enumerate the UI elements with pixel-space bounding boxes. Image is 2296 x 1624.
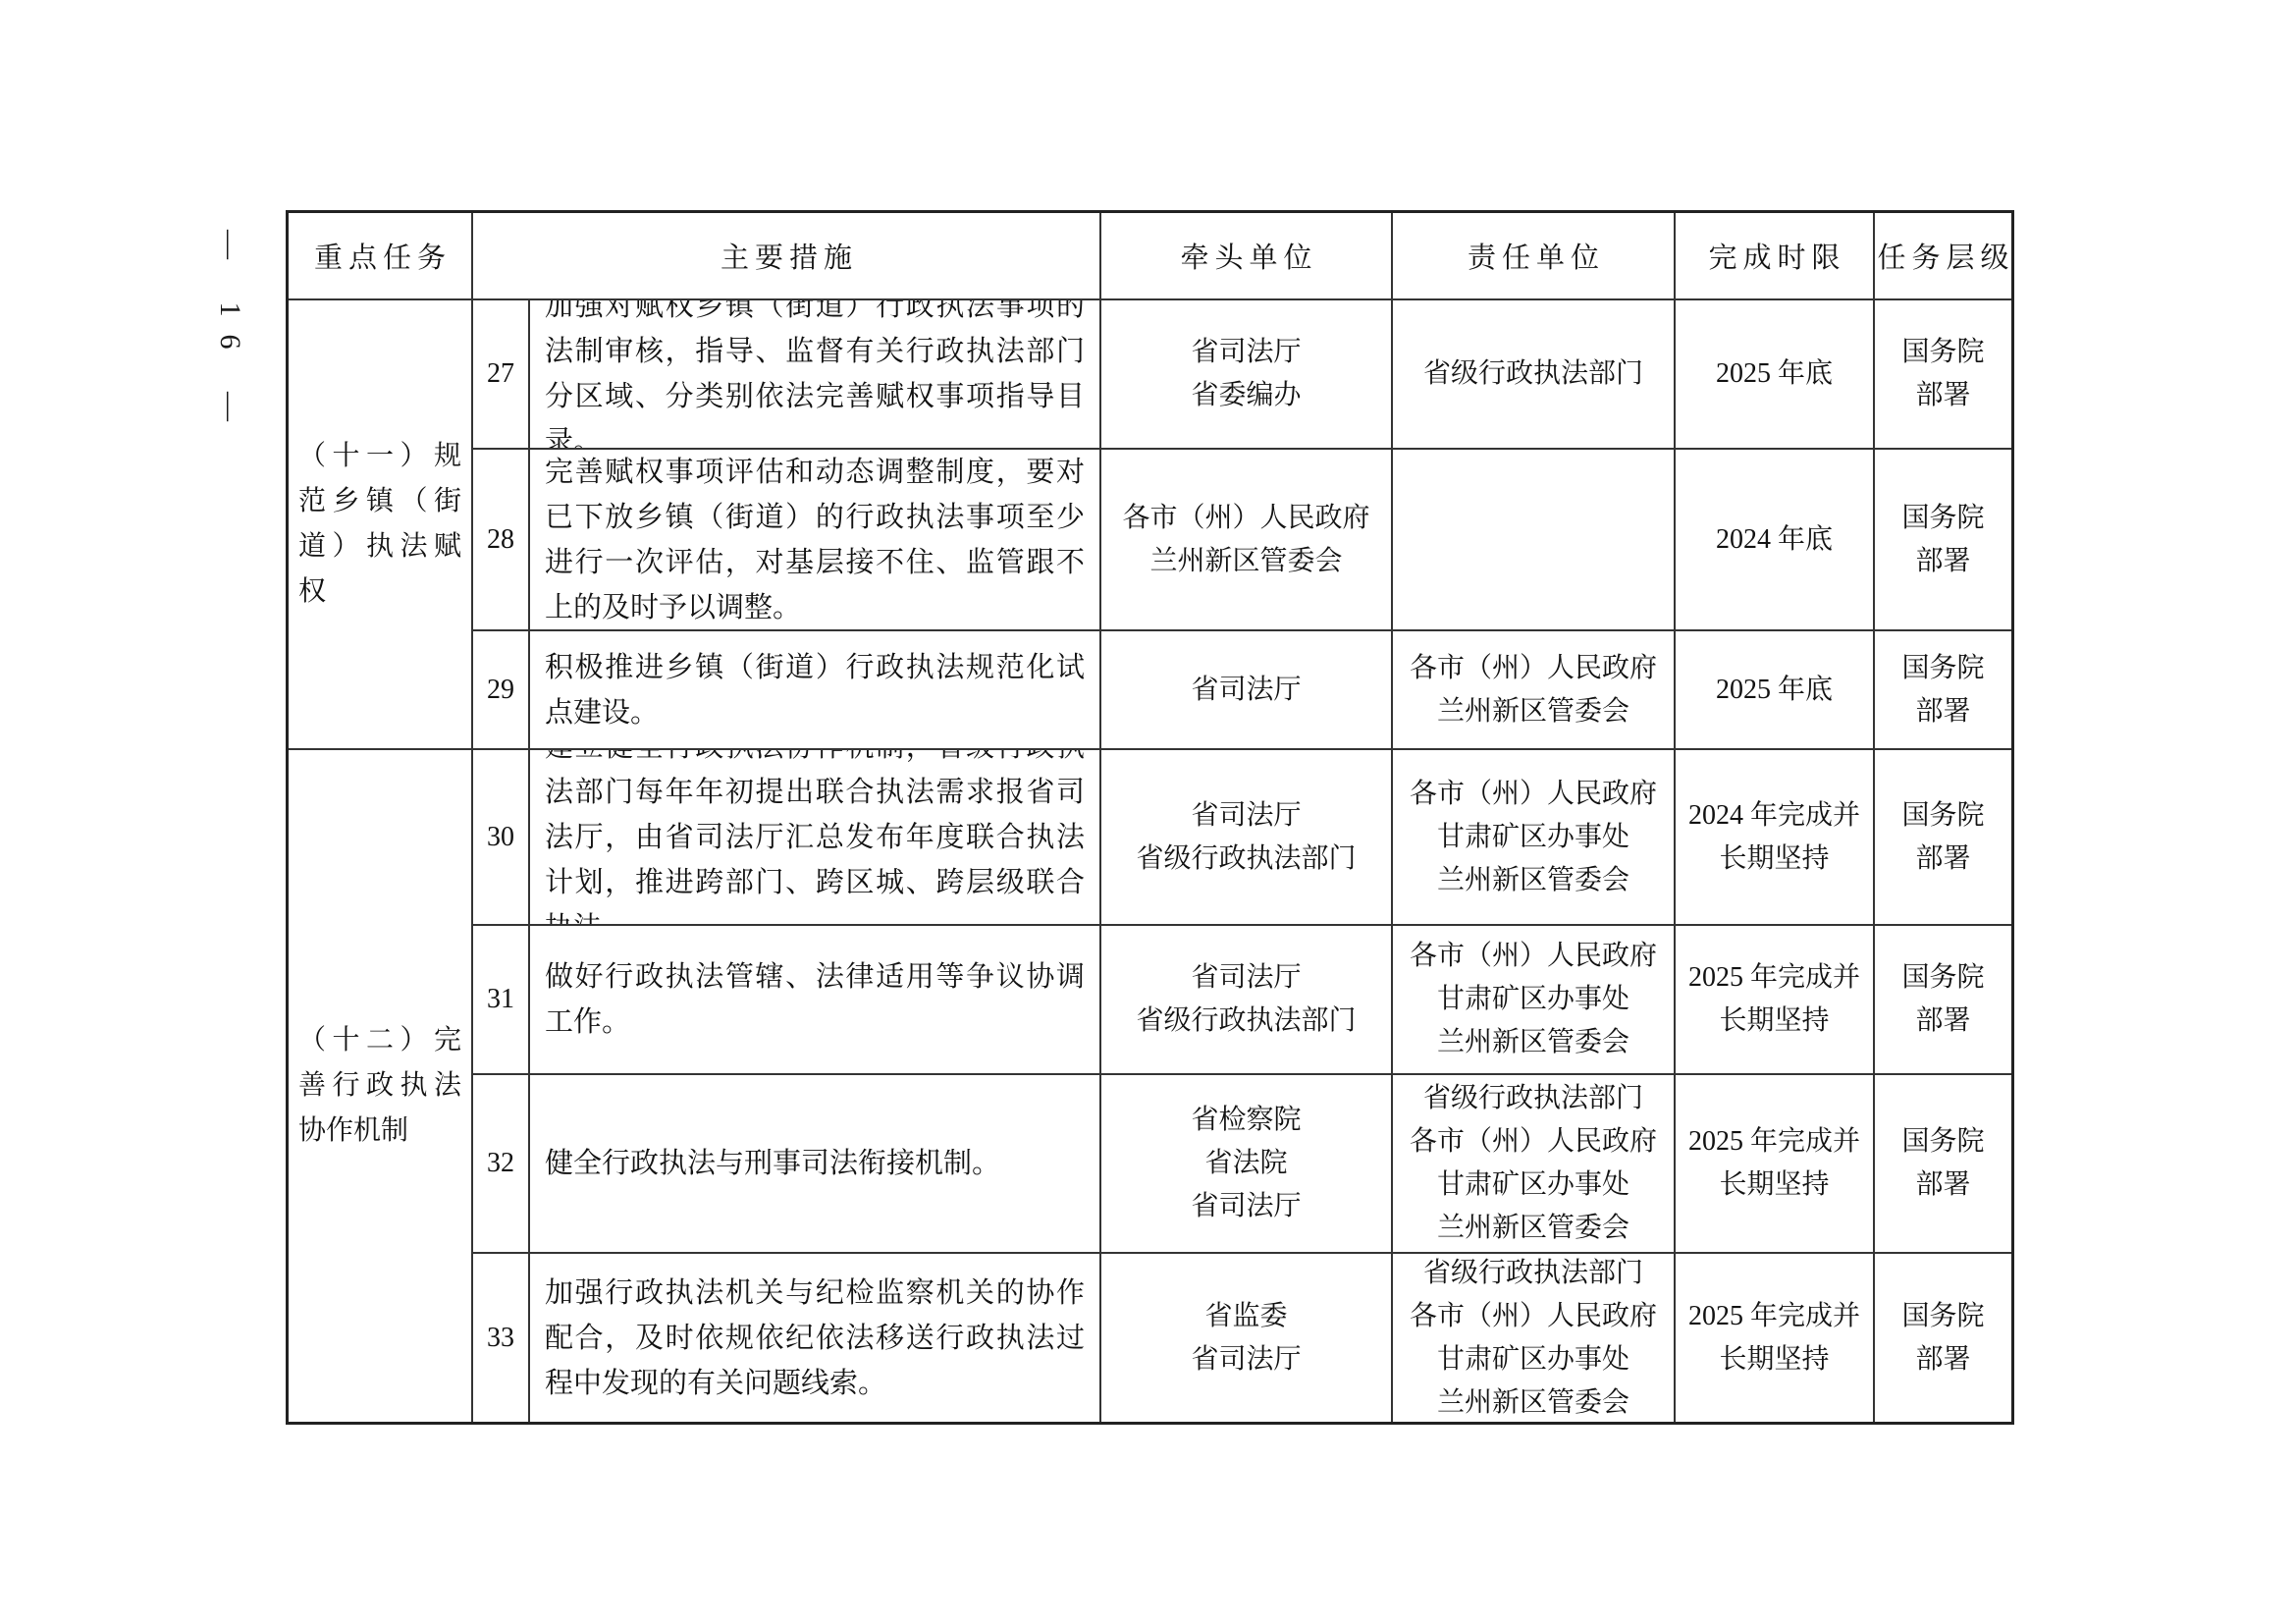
measure-text: 完善赋权事项评估和动态调整制度，要对已下放乡镇（街道）的行政执法事项至少进行一次… xyxy=(530,450,1099,630)
responsible-unit: 甘肃矿区办事处 xyxy=(1437,816,1629,859)
deadline-text: 2025 年完成并长期坚持 xyxy=(1676,1120,1873,1207)
seq-cell: 28 xyxy=(473,450,530,631)
level-cell: 国务院部署 xyxy=(1875,450,2011,631)
lead-unit-cell: 省司法厅 省级行政执法部门 xyxy=(1101,750,1393,926)
responsible-unit: 省级行政执法部门 xyxy=(1423,352,1643,396)
deadline-text: 2025 年完成并长期坚持 xyxy=(1676,956,1873,1043)
header-level: 任务层级 xyxy=(1875,213,2011,300)
responsible-unit: 各市（州）人民政府 xyxy=(1410,773,1657,816)
seq-cell: 30 xyxy=(473,750,530,926)
task-table: 重点任务 主要措施 牵头单位 责任单位 完成时限 任务层级 （十一）规范乡镇（街… xyxy=(286,210,2014,1425)
lead-unit: 省委编办 xyxy=(1191,374,1301,417)
measure-text: 健全行政执法与刑事司法衔接机制。 xyxy=(530,1141,1099,1186)
deadline-text: 2025 年底 xyxy=(1676,669,1873,712)
measure-cell: 完善赋权事项评估和动态调整制度，要对已下放乡镇（街道）的行政执法事项至少进行一次… xyxy=(530,450,1101,631)
measure-cell: 加强行政执法机关与纪检监察机关的协作配合，及时依规依纪依法移送行政执法过程中发现… xyxy=(530,1254,1101,1422)
level-text: 国务院部署 xyxy=(1875,331,2011,417)
level-cell: 国务院部署 xyxy=(1875,926,2011,1075)
lead-unit-cell: 省监委 省司法厅 xyxy=(1101,1254,1393,1422)
document-page: — 16 — 重点任务 主要措施 牵头单位 责任单位 完成时限 任务层级 （十一… xyxy=(0,0,2296,1624)
measure-cell: 积极推进乡镇（街道）行政执法规范化试点建设。 xyxy=(530,631,1101,750)
seq-cell: 31 xyxy=(473,926,530,1075)
responsible-unit: 各市（州）人民政府 xyxy=(1410,1120,1657,1164)
header-task: 重点任务 xyxy=(289,213,473,300)
page-number: — 16 — xyxy=(199,244,260,425)
responsible-unit-cell: 省级行政执法部门 各市（州）人民政府 甘肃矿区办事处 兰州新区管委会 xyxy=(1393,1075,1676,1254)
lead-unit-cell: 省检察院 省法院 省司法厅 xyxy=(1101,1075,1393,1254)
deadline-text: 2024 年底 xyxy=(1676,518,1873,562)
lead-unit: 省监委 xyxy=(1204,1295,1287,1338)
responsible-unit: 兰州新区管委会 xyxy=(1437,1207,1629,1250)
lead-unit-cell: 各市（州）人民政府 兰州新区管委会 xyxy=(1101,450,1393,631)
deadline-cell: 2025 年完成并长期坚持 xyxy=(1676,926,1875,1075)
lead-unit: 省司法厅 xyxy=(1191,794,1301,838)
lead-unit: 省司法厅 xyxy=(1191,331,1301,374)
lead-unit: 省司法厅 xyxy=(1191,669,1301,712)
responsible-unit-cell: 各市（州）人民政府 兰州新区管委会 xyxy=(1393,631,1676,750)
measure-cell: 做好行政执法管辖、法律适用等争议协调工作。 xyxy=(530,926,1101,1075)
seq-cell: 32 xyxy=(473,1075,530,1254)
measure-cell: 建立健全行政执法协作机制，省级行政执法部门每年年初提出联合执法需求报省司法厅，由… xyxy=(530,750,1101,926)
lead-unit-cell: 省司法厅 省委编办 xyxy=(1101,300,1393,450)
level-text: 国务院部署 xyxy=(1875,647,2011,733)
responsible-unit: 省级行政执法部门 xyxy=(1423,1077,1643,1120)
deadline-cell: 2025 年完成并长期坚持 xyxy=(1676,1075,1875,1254)
level-cell: 国务院部署 xyxy=(1875,1254,2011,1422)
task-group-11: （十一）规范乡镇（街道）执法赋权 xyxy=(289,300,473,750)
deadline-cell: 2025 年底 xyxy=(1676,631,1875,750)
measure-text: 加强行政执法机关与纪检监察机关的协作配合，及时依规依纪依法移送行政执法过程中发现… xyxy=(530,1271,1099,1406)
deadline-cell: 2024 年完成并长期坚持 xyxy=(1676,750,1875,926)
responsible-unit: 兰州新区管委会 xyxy=(1437,1021,1629,1064)
lead-unit: 省法院 xyxy=(1204,1142,1287,1185)
responsible-unit: 各市（州）人民政府 xyxy=(1410,935,1657,978)
task-group-label: （十一）规范乡镇（街道）执法赋权 xyxy=(289,434,471,615)
lead-unit-cell: 省司法厅 xyxy=(1101,631,1393,750)
level-cell: 国务院部署 xyxy=(1875,1075,2011,1254)
level-text: 国务院部署 xyxy=(1875,1120,2011,1207)
header-measure: 主要措施 xyxy=(473,213,1101,300)
lead-unit: 省司法厅 xyxy=(1191,1185,1301,1228)
level-text: 国务院部署 xyxy=(1875,956,2011,1043)
seq-cell: 33 xyxy=(473,1254,530,1422)
lead-unit: 省检察院 xyxy=(1191,1099,1301,1142)
lead-unit-cell: 省司法厅 省级行政执法部门 xyxy=(1101,926,1393,1075)
lead-unit: 各市（州）人民政府 xyxy=(1122,497,1369,540)
responsible-unit-cell: 各市（州）人民政府 甘肃矿区办事处 兰州新区管委会 xyxy=(1393,750,1676,926)
responsible-unit: 兰州新区管委会 xyxy=(1437,859,1629,902)
level-text: 国务院部署 xyxy=(1875,794,2011,881)
deadline-cell: 2024 年底 xyxy=(1676,450,1875,631)
header-deadline: 完成时限 xyxy=(1676,213,1875,300)
measure-text: 积极推进乡镇（街道）行政执法规范化试点建设。 xyxy=(530,645,1099,735)
responsible-unit: 甘肃矿区办事处 xyxy=(1437,1338,1629,1381)
level-text: 国务院部署 xyxy=(1875,497,2011,583)
responsible-unit: 甘肃矿区办事处 xyxy=(1437,978,1629,1021)
seq-cell: 27 xyxy=(473,300,530,450)
task-group-label: （十二）完善行政执法协作机制 xyxy=(289,1018,471,1154)
measure-text: 做好行政执法管辖、法律适用等争议协调工作。 xyxy=(530,954,1099,1045)
responsible-unit-cell-empty xyxy=(1393,450,1676,631)
header-lead: 牵头单位 xyxy=(1101,213,1393,300)
measure-text: 建立健全行政执法协作机制，省级行政执法部门每年年初提出联合执法需求报省司法厅，由… xyxy=(530,750,1099,926)
responsible-unit: 各市（州）人民政府 xyxy=(1410,647,1657,690)
deadline-text: 2025 年底 xyxy=(1676,352,1873,396)
lead-unit: 省级行政执法部门 xyxy=(1136,1000,1356,1043)
responsible-unit: 各市（州）人民政府 xyxy=(1410,1295,1657,1338)
level-cell: 国务院部署 xyxy=(1875,631,2011,750)
lead-unit: 省司法厅 xyxy=(1191,1338,1301,1381)
responsible-unit-cell: 省级行政执法部门 各市（州）人民政府 甘肃矿区办事处 兰州新区管委会 xyxy=(1393,1254,1676,1422)
deadline-cell: 2025 年底 xyxy=(1676,300,1875,450)
responsible-unit: 甘肃矿区办事处 xyxy=(1437,1164,1629,1207)
responsible-unit-cell: 各市（州）人民政府 甘肃矿区办事处 兰州新区管委会 xyxy=(1393,926,1676,1075)
deadline-text: 2025 年完成并长期坚持 xyxy=(1676,1295,1873,1381)
seq-cell: 29 xyxy=(473,631,530,750)
deadline-cell: 2025 年完成并长期坚持 xyxy=(1676,1254,1875,1422)
lead-unit: 省级行政执法部门 xyxy=(1136,838,1356,881)
responsible-unit-cell: 省级行政执法部门 xyxy=(1393,300,1676,450)
level-cell: 国务院部署 xyxy=(1875,750,2011,926)
responsible-unit: 省级行政执法部门 xyxy=(1423,1254,1643,1295)
measure-text: 加强对赋权乡镇（街道）行政执法事项的法制审核，指导、监督有关行政执法部门分区域、… xyxy=(530,300,1099,450)
measure-cell: 加强对赋权乡镇（街道）行政执法事项的法制审核，指导、监督有关行政执法部门分区域、… xyxy=(530,300,1101,450)
lead-unit: 兰州新区管委会 xyxy=(1149,540,1342,583)
level-cell: 国务院部署 xyxy=(1875,300,2011,450)
task-group-12: （十二）完善行政执法协作机制 xyxy=(289,750,473,1422)
responsible-unit: 兰州新区管委会 xyxy=(1437,1381,1629,1423)
deadline-text: 2024 年完成并长期坚持 xyxy=(1676,794,1873,881)
responsible-unit: 兰州新区管委会 xyxy=(1437,690,1629,733)
header-responsible: 责任单位 xyxy=(1393,213,1676,300)
measure-cell: 健全行政执法与刑事司法衔接机制。 xyxy=(530,1075,1101,1254)
level-text: 国务院部署 xyxy=(1875,1295,2011,1381)
lead-unit: 省司法厅 xyxy=(1191,956,1301,1000)
